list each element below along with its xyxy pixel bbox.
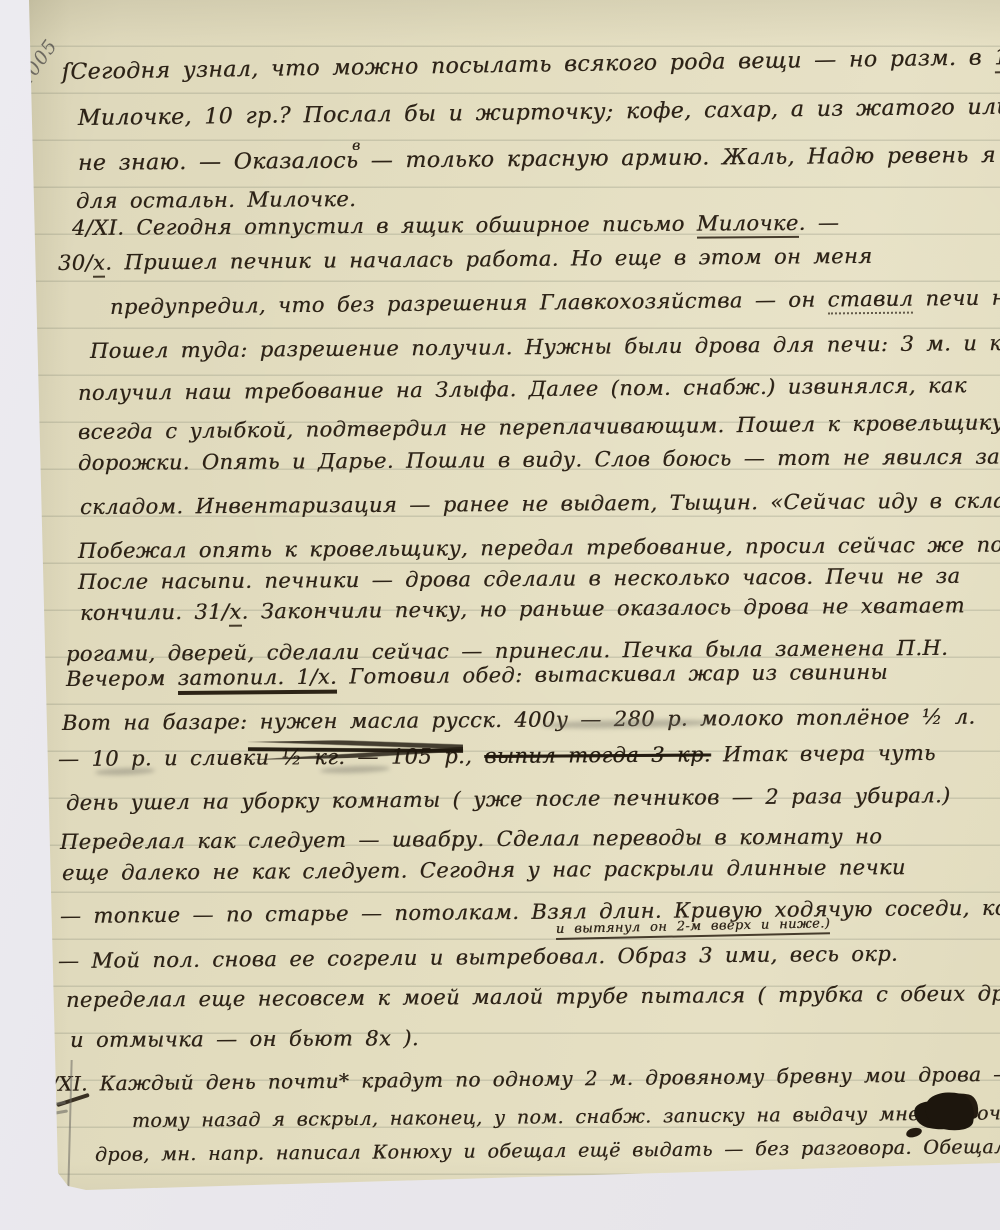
phrase: — топкие — по старье — потолкам. Взял дл…	[60, 895, 1000, 928]
handwriting-line: получил наш требование на Злыфа. Далее (…	[78, 373, 967, 405]
handwriting-line: Вот на базаре: нужен масла русск. 400у —…	[62, 705, 976, 735]
phrase: день ушел на уборку комнаты ( уже после …	[66, 783, 951, 815]
handwriting-line: Милочке, 10 гр.? Послал бы и жирточку; к…	[78, 92, 1000, 131]
phrase: печи не вчера	[913, 285, 1000, 311]
phrase: еще далеко не как следует. Сегодня у нас…	[62, 855, 906, 885]
phrase: всегда с улыбкой, подтвердил не переплач…	[78, 409, 1000, 444]
handwriting-line: После насыпи. печники — дрова сделали в …	[78, 564, 961, 594]
handwriting-line: складом. Инвентаризация — ранее не выдае…	[80, 488, 1000, 519]
phrase: предупредил, что без разрешения Главкохо…	[110, 287, 828, 319]
phrase: и отмычка — он бьют 8х ).	[70, 1026, 419, 1052]
phrase: Побежал опять к кровельщику, передал тре…	[78, 532, 1000, 563]
phrase: Переделал как следует — швабру. Сделал п…	[60, 824, 883, 854]
phrase: 6/XI. Каждый день почти* крадут по одном…	[38, 1061, 1000, 1096]
handwriting-line: — Мой пол. снова ее согрели и вытребовал…	[58, 942, 898, 973]
phrase: переделал еще несовсем к моей малой труб…	[66, 981, 1000, 1012]
phrase: ſ	[62, 60, 71, 85]
phrase: . Закончили печку, но раньше оказалось д…	[241, 593, 964, 623]
handwriting-line: 4/XI. Сегодня отпустил в ящик обширное п…	[72, 211, 839, 240]
underlined-phrase: ставил	[827, 287, 913, 315]
manuscript-page: 1005 ſСегодня узнал, что можно посылать …	[0, 0, 1000, 1230]
phrase: После насыпи. печники — дрова сделали в …	[78, 564, 961, 594]
phrase: Итак вчера чуть	[711, 741, 936, 767]
phrase: Милочке, 10 гр.? Послал бы и жирточку; к…	[78, 92, 1000, 131]
handwriting-line: для остальн. Милочке.	[76, 187, 356, 213]
struck-phrase: выпил тогда 3 кр.	[484, 742, 711, 768]
pencil-stroke-mark	[38, 1109, 68, 1117]
phrase: . Пришел печник и началась работа. Но ещ…	[105, 244, 872, 275]
handwriting-line: день ушел на уборку комнаты ( уже после …	[66, 783, 951, 815]
handwriting-line: 6/XI. Каждый день почти* крадут по одном…	[38, 1061, 1000, 1096]
phrase: Вечером	[66, 666, 178, 691]
handwriting-line: тому назад я вскрыл, наконец, у пом. сна…	[132, 1102, 1000, 1132]
handwriting-line: Пошел туда: разрешение получил. Нужны бы…	[90, 330, 1000, 363]
handwriting-line: дорожки. Опять и Дарье. Пошли в виду. Сл…	[78, 444, 1000, 475]
underlined-phrase: х	[229, 600, 241, 627]
handwriting-line: кончили. 31/х. Закончили печку, но раньш…	[80, 593, 965, 625]
handwriting-line: всегда с улыбкой, подтвердил не переплач…	[78, 409, 1000, 444]
phrase: Вот на базаре: нужен масла русск. 400у —…	[62, 705, 976, 735]
handwriting-line: ſСегодня узнал, что можно посылать всяко…	[62, 40, 1000, 85]
phrase: для остальн. Милочке.	[76, 187, 356, 213]
phrase: дорожки. Опять и Дарье. Пошли в виду. Сл…	[78, 444, 1000, 475]
phrase: получил наш требование на Злыфа. Далее (…	[78, 373, 967, 405]
handwriting-line: и отмычка — он бьют 8х ).	[70, 1026, 419, 1052]
handwriting-line: Побежал опять к кровельщику, передал тре…	[78, 532, 1000, 563]
phrase: Пошел туда: разрешение получил. Нужны бы…	[90, 330, 1000, 363]
phrase: 4/XI. Сегодня отпустил в ящик обширное п…	[72, 212, 697, 240]
underlined-phrase: затопил. 1/х.	[178, 665, 338, 695]
pencil-page-number: 1005	[14, 35, 62, 91]
handwriting-line: предупредил, что без разрешения Главкохо…	[110, 285, 1000, 319]
underlined-phrase: Милочке	[697, 211, 799, 239]
phrase: 30/	[58, 251, 93, 275]
handwriting-line: дров, мн. напр. написал Конюху и обещал …	[95, 1136, 1000, 1166]
phrase: кончили. 31/	[80, 600, 230, 625]
handwriting-line: еще далеко не как следует. Сегодня у нас…	[62, 855, 906, 885]
phrase: тому назад я вскрыл, наконец, у пом. сна…	[132, 1102, 1000, 1132]
phrase: не знаю. — Оказалось — только красную ар…	[78, 143, 996, 176]
scribble-mark	[248, 738, 463, 760]
handwriting-line: Переделал как следует — швабру. Сделал п…	[60, 824, 883, 854]
underlined-phrase: 1/XI	[994, 45, 1000, 74]
handwriting-line: не знаю. — Оказалось — только красную ар…	[78, 143, 996, 176]
handwriting-line: — топкие — по старье — потолкам. Взял дл…	[60, 895, 1000, 928]
phrase: — Мой пол. снова ее согрели и вытребовал…	[58, 942, 898, 973]
underlined-phrase: х	[93, 251, 105, 278]
scan-background: { "document": { "kind": "handwritten dia…	[0, 0, 1000, 1230]
phrase: складом. Инвентаризация — ранее не выдае…	[80, 488, 1000, 519]
phrase: Готовил обед: вытаскивал жар из свинины	[337, 660, 888, 689]
phrase: Сегодня узнал, что можно посылать всяког…	[70, 45, 994, 85]
handwriting-line: — 10 р. и сливки ½ кг. — 105 р., выпил т…	[58, 741, 936, 771]
phrase: . —	[799, 211, 840, 235]
ink-blot-mark	[922, 1087, 979, 1135]
handwriting-line: 30/х. Пришел печник и началась работа. Н…	[58, 244, 873, 275]
handwriting-line: переделал еще несовсем к моей малой труб…	[66, 981, 1000, 1012]
phrase: дров, мн. напр. написал Конюху и обещал …	[95, 1136, 1000, 1166]
